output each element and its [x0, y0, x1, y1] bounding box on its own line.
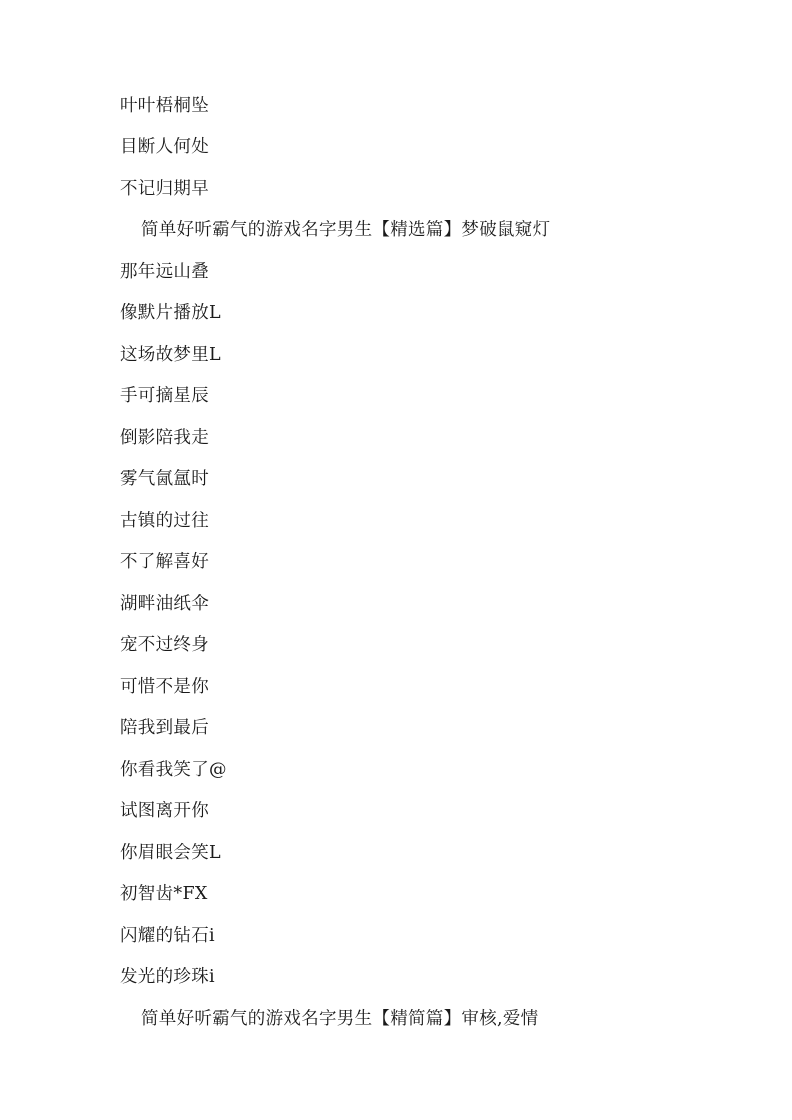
text-line: 倒影陪我走	[120, 427, 209, 449]
text-line: 初智齿*FX	[120, 883, 208, 905]
text-line: 像默片播放L	[120, 302, 221, 324]
text-line: 叶叶梧桐坠	[120, 95, 209, 117]
text-line: 这场故梦里L	[120, 344, 221, 366]
text-line: 目断人何处	[120, 136, 209, 158]
text-line: 古镇的过往	[120, 510, 209, 532]
text-line: 闪耀的钻石i	[120, 925, 215, 947]
text-line: 那年远山叠	[120, 261, 209, 283]
text-line: 湖畔油纸伞	[120, 593, 209, 615]
text-line: 雾气氤氲时	[120, 468, 209, 490]
text-line: 发光的珍珠i	[120, 966, 215, 988]
text-line: 宠不过终身	[120, 634, 209, 656]
section-heading: 简单好听霸气的游戏名字男生【精选篇】梦破鼠窥灯	[141, 219, 550, 241]
text-line: 不了解喜好	[120, 551, 209, 573]
section-heading: 简单好听霸气的游戏名字男生【精简篇】审核,爱情	[141, 1008, 538, 1030]
text-line: 你眉眼会笑L	[120, 842, 221, 864]
text-line: 你看我笑了@	[120, 759, 227, 781]
text-line: 不记归期早	[120, 178, 209, 200]
text-line: 陪我到最后	[120, 717, 209, 739]
document-page: 叶叶梧桐坠 目断人何处 不记归期早 简单好听霸气的游戏名字男生【精选篇】梦破鼠窥…	[0, 0, 792, 1120]
text-line: 可惜不是你	[120, 676, 209, 698]
text-line: 试图离开你	[120, 800, 209, 822]
text-line: 手可摘星辰	[120, 385, 209, 407]
